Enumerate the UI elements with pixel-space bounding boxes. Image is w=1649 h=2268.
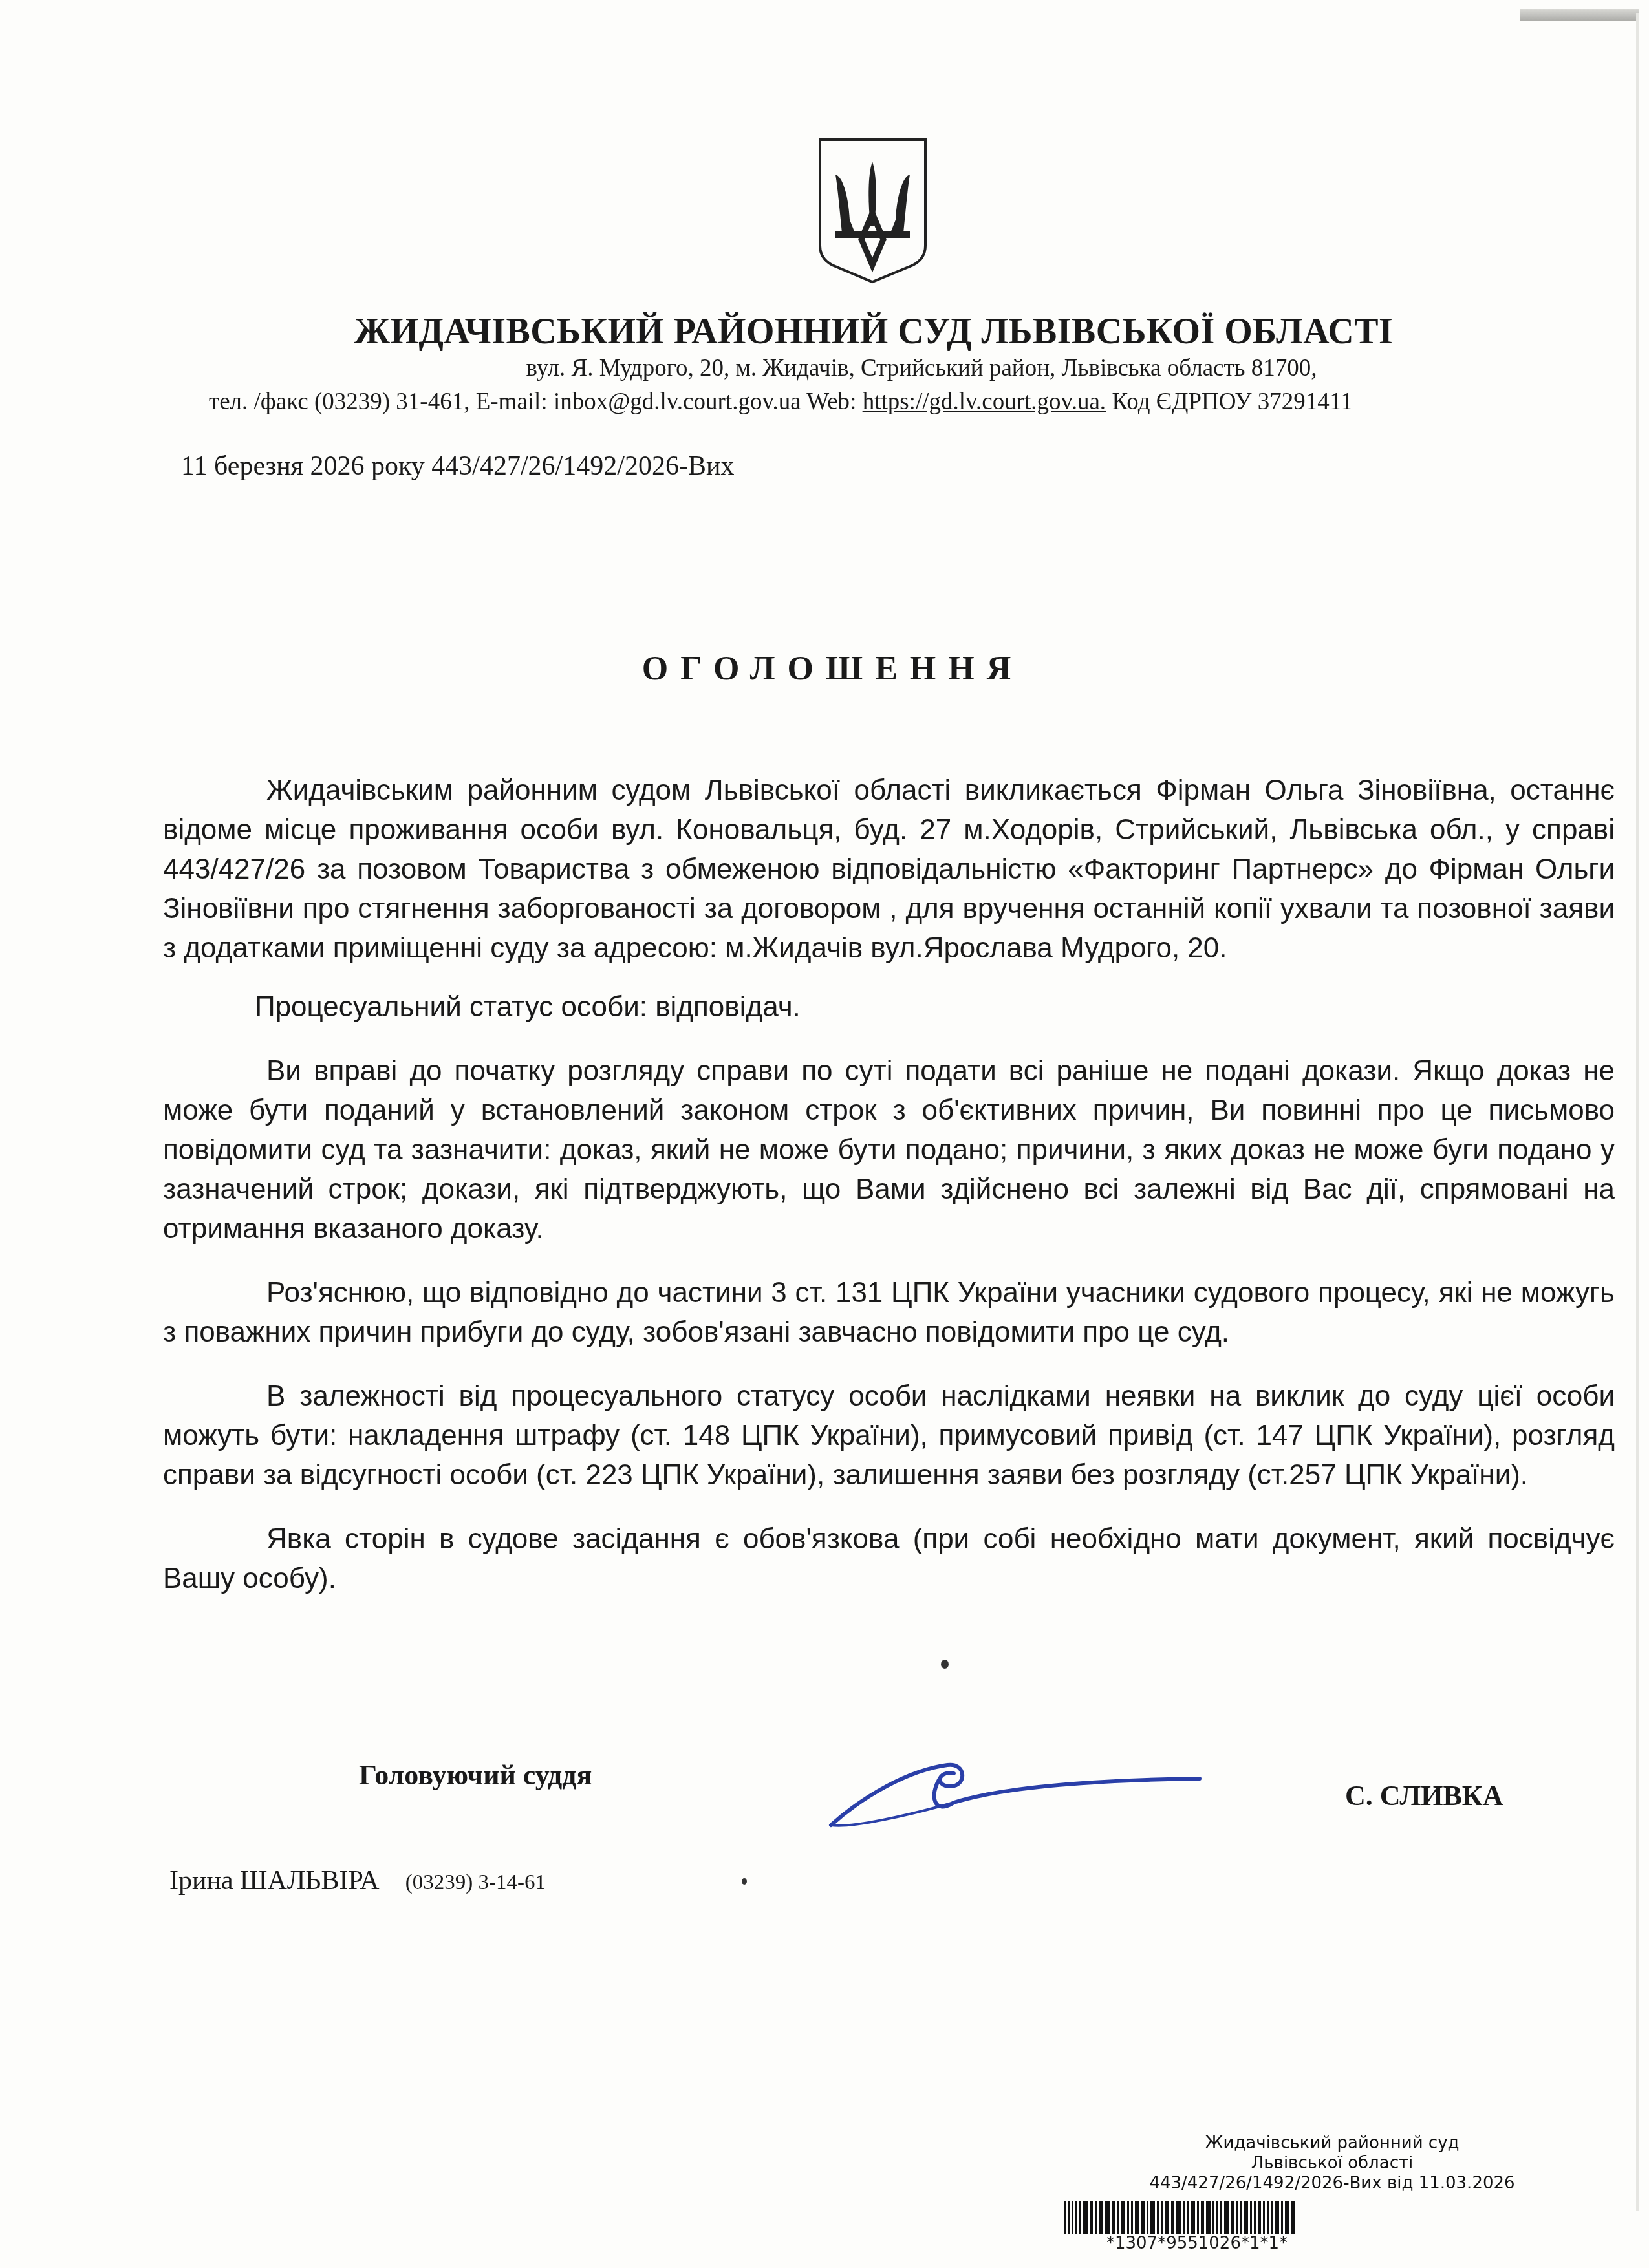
registration-stamp: Жидачівський районний суд Львівської обл… <box>1073 2134 1591 2194</box>
court-address: вул. Я. Мудрого, 20, м. Жидачів, Стрийсь… <box>0 354 1649 382</box>
paragraph-explanation: Роз'яснюю, що відповідно до частини 3 ст… <box>163 1273 1615 1352</box>
paragraph-attendance: Явка сторін в судове засідання є обов'яз… <box>163 1519 1615 1598</box>
outgoing-number: 11 березня 2026 року 443/427/26/1492/202… <box>181 451 734 482</box>
scan-edge-shadow <box>1520 9 1639 21</box>
executor-phone: (03239) 3-14-61 <box>405 1871 546 1894</box>
presiding-judge-label: Головуючий суддя <box>359 1759 592 1792</box>
barcode-number: *1307*9551026*1*1* <box>1064 2234 1330 2253</box>
executor-name: Ірина ШАЛЬВІРА <box>169 1866 380 1896</box>
court-website-link[interactable]: https://gd.lv.court.gov.ua. <box>863 389 1106 415</box>
court-contacts: тел. /факс (03239) 31-461, E-mail: inbox… <box>209 388 1580 416</box>
judge-name: С. СЛИВКА <box>1345 1779 1503 1812</box>
scan-edge-right <box>1636 13 1639 2211</box>
paragraph-summons: Жидачівським районним судом Львівської о… <box>163 771 1615 968</box>
stamp-court-line2: Львівської області <box>1073 2154 1591 2174</box>
announcement-body: Жидачівським районним судом Львівської о… <box>163 771 1615 1598</box>
paragraph-consequences: В залежності від процесуального статусу … <box>163 1376 1615 1495</box>
barcode-icon <box>1064 2201 1330 2234</box>
executor-info: Ірина ШАЛЬВІРА(03239) 3-14-61 <box>169 1865 546 1896</box>
stamp-court-line1: Жидачівський районний суд <box>1073 2134 1591 2154</box>
edrpou-code: Код ЄДРПОУ 37291411 <box>1106 389 1352 415</box>
paragraph-evidence: Ви вправі до початку розгляду справи по … <box>163 1051 1615 1248</box>
contacts-text: тел. /факс (03239) 31-461, E-mail: inbox… <box>209 389 863 415</box>
paragraph-procedural-status: Процесуальний статус особи: відповідач. <box>163 987 1615 1027</box>
scan-speck <box>941 1660 949 1669</box>
court-name-heading: ЖИДАЧІВСЬКИЙ РАЙОННИЙ СУД ЛЬВІВСЬКОЇ ОБЛ… <box>17 310 1633 352</box>
stamp-reg-number: 443/427/26/1492/2026-Вих від 11.03.2026 <box>1073 2174 1591 2194</box>
trident-emblem-icon <box>816 136 929 284</box>
document-title: ОГОЛОШЕННЯ <box>0 650 1649 688</box>
handwritten-signature-icon <box>812 1757 1212 1835</box>
scan-speck <box>742 1878 747 1885</box>
